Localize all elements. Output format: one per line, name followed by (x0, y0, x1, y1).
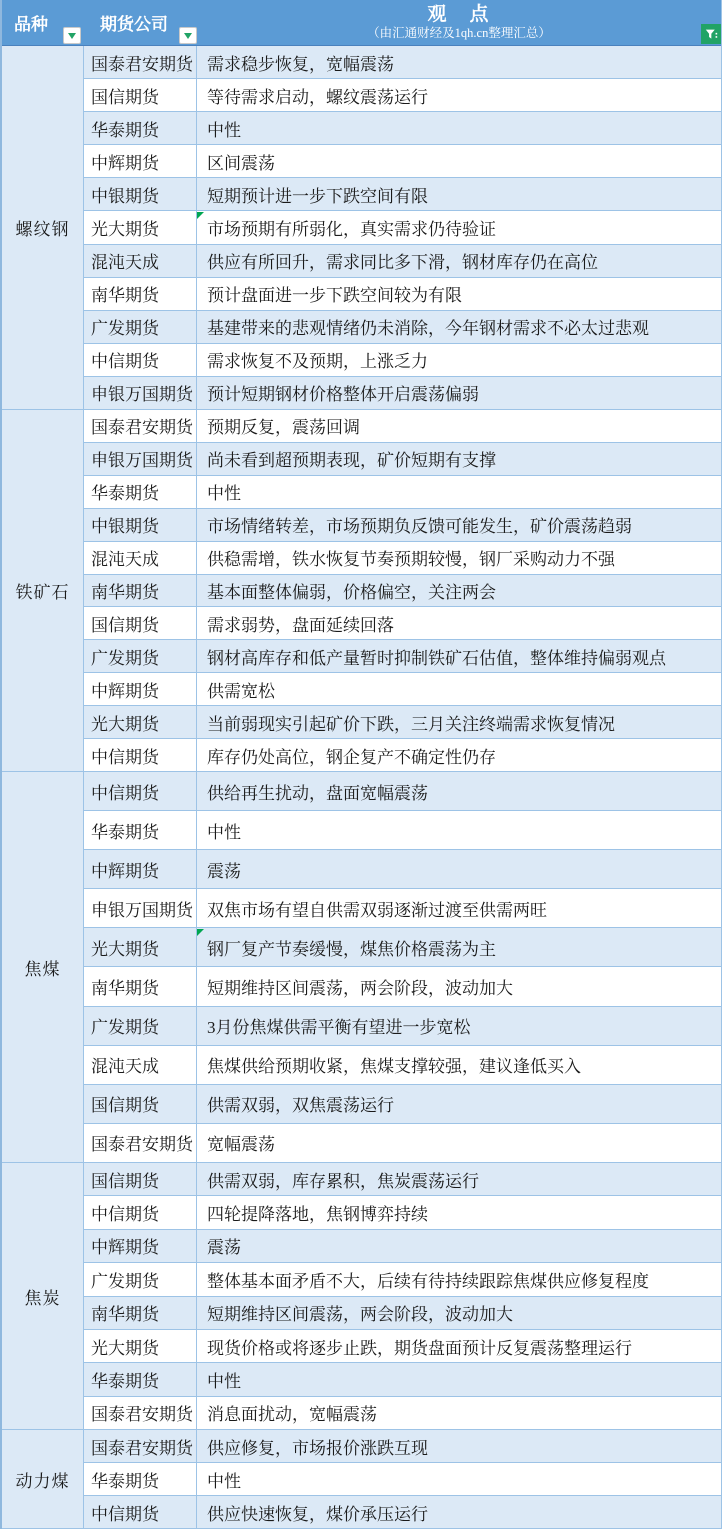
table-row: 中辉期货震荡 (84, 1230, 721, 1263)
company-cell[interactable]: 申银万国期货 (84, 443, 197, 475)
company-cell[interactable]: 国信期货 (84, 79, 197, 111)
view-cell[interactable]: 当前弱现实引起矿价下跌，三月关注终端需求恢复情况 (197, 706, 721, 738)
header-variety-label: 品种 (14, 10, 48, 35)
view-cell[interactable]: 市场预期有所弱化，真实需求仍待验证 (197, 211, 721, 243)
commodity-section: 铁矿石国泰君安期货预期反复，震荡回调申银万国期货尚未看到超预期表现，矿价短期有支… (2, 410, 721, 772)
view-cell[interactable]: 短期预计进一步下跌空间有限 (197, 178, 721, 210)
view-cell[interactable]: 宽幅震荡 (197, 1124, 721, 1162)
company-cell[interactable]: 华泰期货 (84, 811, 197, 849)
variety-cell[interactable]: 螺纹钢 (2, 46, 84, 409)
table-row: 混沌天成供稳需增，铁水恢复节奏预期较慢，钢厂采购动力不强 (84, 542, 721, 575)
view-cell[interactable]: 尚未看到超预期表现，矿价短期有支撑 (197, 443, 721, 475)
company-cell[interactable]: 混沌天成 (84, 542, 197, 574)
table-row: 华泰期货中性 (84, 1463, 721, 1496)
variety-cell[interactable]: 动力煤 (2, 1430, 84, 1528)
view-cell[interactable]: 中性 (197, 811, 721, 849)
commodity-section: 螺纹钢国泰君安期货需求稳步恢复，宽幅震荡国信期货等待需求启动，螺纹震荡运行华泰期… (2, 46, 721, 410)
view-cell[interactable]: 中性 (197, 1463, 721, 1495)
table-row: 中辉期货震荡 (84, 850, 721, 889)
company-cell[interactable]: 国泰君安期货 (84, 410, 197, 442)
view-cell[interactable]: 预计短期钢材价格整体开启震荡偏弱 (197, 377, 721, 409)
view-cell[interactable]: 钢材高库存和低产量暂时抑制铁矿石估值，整体维持偏弱观点 (197, 640, 721, 672)
variety-cell[interactable]: 焦炭 (2, 1163, 84, 1429)
opinion-table: 品种 期货公司 观 点 （由汇通财经及1qh.cn整理汇总） 螺纹钢国泰君安期货… (0, 0, 722, 1529)
company-cell[interactable]: 南华期货 (84, 575, 197, 607)
view-cell[interactable]: 整体基本面矛盾不大，后续有待持续跟踪焦煤供应修复程度 (197, 1263, 721, 1295)
view-cell[interactable]: 供需宽松 (197, 673, 721, 705)
view-cell[interactable]: 供应修复，市场报价涨跌互现 (197, 1430, 721, 1462)
variety-cell[interactable]: 铁矿石 (2, 410, 84, 771)
view-cell[interactable]: 市场情绪转差，市场预期负反馈可能发生，矿价震荡趋弱 (197, 509, 721, 541)
header-view-title: 观 点 (427, 4, 490, 26)
view-cell[interactable]: 现货价格或将逐步止跌，期货盘面预计反复震荡整理运行 (197, 1330, 721, 1362)
header-company-label: 期货公司 (100, 10, 168, 35)
table-row: 华泰期货中性 (84, 811, 721, 850)
company-cell[interactable]: 国信期货 (84, 1085, 197, 1123)
table-row: 广发期货钢材高库存和低产量暂时抑制铁矿石估值，整体维持偏弱观点 (84, 640, 721, 673)
table-row: 南华期货预计盘面进一步下跌空间较为有限 (84, 278, 721, 311)
view-cell[interactable]: 供给再生扰动，盘面宽幅震荡 (197, 772, 721, 810)
table-row: 南华期货短期维持区间震荡，两会阶段，波动加大 (84, 1297, 721, 1330)
table-row: 中信期货四轮提降落地，焦钢博弈持续 (84, 1196, 721, 1229)
table-row: 广发期货整体基本面矛盾不大，后续有待持续跟踪焦煤供应修复程度 (84, 1263, 721, 1296)
view-cell[interactable]: 预计盘面进一步下跌空间较为有限 (197, 278, 721, 310)
commodity-section: 动力煤国泰君安期货供应修复，市场报价涨跌互现华泰期货中性中信期货供应快速恢复，煤… (2, 1430, 721, 1529)
table-row: 国泰君安期货预期反复，震荡回调 (84, 410, 721, 443)
view-cell[interactable]: 区间震荡 (197, 145, 721, 177)
header-view-cell[interactable]: 观 点 （由汇通财经及1qh.cn整理汇总） (197, 0, 721, 45)
comment-marker-icon (197, 212, 204, 219)
company-cell[interactable]: 广发期货 (84, 1007, 197, 1045)
view-cell[interactable]: 库存仍处高位，钢企复产不确定性仍存 (197, 739, 721, 771)
table-row: 国泰君安期货需求稳步恢复，宽幅震荡 (84, 46, 721, 79)
table-row: 光大期货现货价格或将逐步止跌，期货盘面预计反复震荡整理运行 (84, 1330, 721, 1363)
table-row: 混沌天成焦煤供给预期收紧，焦煤支撑较强，建议逢低买入 (84, 1046, 721, 1085)
view-cell[interactable]: 中性 (197, 476, 721, 508)
view-cell[interactable]: 焦煤供给预期收紧，焦煤支撑较强，建议逢低买入 (197, 1046, 721, 1084)
table-row: 国泰君安期货消息面扰动，宽幅震荡 (84, 1397, 721, 1429)
company-cell[interactable]: 中银期货 (84, 178, 197, 210)
view-cell[interactable]: 短期维持区间震荡，两会阶段，波动加大 (197, 967, 721, 1005)
table-row: 南华期货基本面整体偏弱，价格偏空，关注两会 (84, 575, 721, 608)
view-cell[interactable]: 预期反复，震荡回调 (197, 410, 721, 442)
table-row: 混沌天成供应有所回升，需求同比多下滑，钢材库存仍在高位 (84, 245, 721, 278)
company-cell[interactable]: 华泰期货 (84, 112, 197, 144)
company-cell[interactable]: 光大期货 (84, 211, 197, 243)
company-cell[interactable]: 中辉期货 (84, 1230, 197, 1262)
company-cell[interactable]: 光大期货 (84, 706, 197, 738)
company-cell[interactable]: 中信期货 (84, 344, 197, 376)
company-cell[interactable]: 国泰君安期货 (84, 1430, 197, 1462)
company-cell[interactable]: 广发期货 (84, 640, 197, 672)
company-cell[interactable]: 申银万国期货 (84, 889, 197, 927)
view-cell[interactable]: 钢厂复产节奏缓慢，煤焦价格震荡为主 (197, 928, 721, 966)
company-cell[interactable]: 中信期货 (84, 739, 197, 771)
company-cell[interactable]: 申银万国期货 (84, 377, 197, 409)
company-cell[interactable]: 中信期货 (84, 772, 197, 810)
company-cell[interactable]: 混沌天成 (84, 245, 197, 277)
company-cell[interactable]: 国泰君安期货 (84, 46, 197, 78)
view-cell[interactable]: 双焦市场有望自供需双弱逐渐过渡至供需两旺 (197, 889, 721, 927)
table-row: 中信期货供应快速恢复，煤价承压运行 (84, 1496, 721, 1528)
table-row: 华泰期货中性 (84, 1363, 721, 1396)
view-cell[interactable]: 需求稳步恢复，宽幅震荡 (197, 46, 721, 78)
commodity-section: 焦煤中信期货供给再生扰动，盘面宽幅震荡华泰期货中性中辉期货震荡申银万国期货双焦市… (2, 772, 721, 1163)
view-cell[interactable]: 四轮提降落地，焦钢博弈持续 (197, 1196, 721, 1228)
table-row: 光大期货当前弱现实引起矿价下跌，三月关注终端需求恢复情况 (84, 706, 721, 739)
table-row: 南华期货短期维持区间震荡，两会阶段，波动加大 (84, 967, 721, 1006)
table-row: 光大期货市场预期有所弱化，真实需求仍待验证 (84, 211, 721, 244)
view-cell[interactable]: 基本面整体偏弱，价格偏空，关注两会 (197, 575, 721, 607)
company-cell[interactable]: 广发期货 (84, 311, 197, 343)
company-cell[interactable]: 光大期货 (84, 1330, 197, 1362)
view-cell[interactable]: 需求弱势，盘面延续回落 (197, 607, 721, 639)
comment-marker-icon (197, 929, 204, 936)
table-row: 国信期货等待需求启动，螺纹震荡运行 (84, 79, 721, 112)
table-row: 申银万国期货尚未看到超预期表现，矿价短期有支撑 (84, 443, 721, 476)
header-company-cell[interactable]: 期货公司 (84, 0, 197, 45)
view-cell[interactable]: 震荡 (197, 850, 721, 888)
view-cell[interactable]: 供应有所回升，需求同比多下滑，钢材库存仍在高位 (197, 245, 721, 277)
header-variety-cell[interactable]: 品种 (2, 0, 84, 45)
view-cell[interactable]: 短期维持区间震荡，两会阶段，波动加大 (197, 1297, 721, 1329)
company-cell[interactable]: 中银期货 (84, 509, 197, 541)
table-row: 中信期货库存仍处高位，钢企复产不确定性仍存 (84, 739, 721, 771)
table-row: 申银万国期货预计短期钢材价格整体开启震荡偏弱 (84, 377, 721, 409)
company-cell[interactable]: 国泰君安期货 (84, 1397, 197, 1429)
view-cell[interactable]: 基建带来的悲观情绪仍未消除，今年钢材需求不必太过悲观 (197, 311, 721, 343)
filter-applied-icon[interactable] (701, 24, 721, 44)
table-row: 国泰君安期货供应修复，市场报价涨跌互现 (84, 1430, 721, 1463)
commodity-section: 焦炭国信期货供需双弱，库存累积，焦炭震荡运行中信期货四轮提降落地，焦钢博弈持续中… (2, 1163, 721, 1430)
view-cell[interactable]: 3月份焦煤供需平衡有望进一步宽松 (197, 1007, 721, 1045)
table-row: 中辉期货区间震荡 (84, 145, 721, 178)
company-cell[interactable]: 混沌天成 (84, 1046, 197, 1084)
company-cell[interactable]: 华泰期货 (84, 476, 197, 508)
company-cell[interactable]: 中信期货 (84, 1496, 197, 1528)
table-row: 中银期货短期预计进一步下跌空间有限 (84, 178, 721, 211)
view-cell[interactable]: 震荡 (197, 1230, 721, 1262)
company-cell[interactable]: 国泰君安期货 (84, 1124, 197, 1162)
table-row: 中银期货市场情绪转差，市场预期负反馈可能发生，矿价震荡趋弱 (84, 509, 721, 542)
filter-dropdown-company[interactable] (179, 27, 197, 44)
variety-cell[interactable]: 焦煤 (2, 772, 84, 1162)
company-cell[interactable]: 中辉期货 (84, 673, 197, 705)
table-row: 中信期货供给再生扰动，盘面宽幅震荡 (84, 772, 721, 811)
view-cell[interactable]: 中性 (197, 1363, 721, 1395)
company-cell[interactable]: 中辉期货 (84, 850, 197, 888)
table-row: 中辉期货供需宽松 (84, 673, 721, 706)
chevron-down-icon (184, 33, 192, 39)
company-cell[interactable]: 中辉期货 (84, 145, 197, 177)
table-row: 华泰期货中性 (84, 476, 721, 509)
company-cell[interactable]: 国信期货 (84, 1163, 197, 1195)
company-cell[interactable]: 华泰期货 (84, 1363, 197, 1395)
table-header: 品种 期货公司 观 点 （由汇通财经及1qh.cn整理汇总） (2, 0, 721, 46)
view-cell[interactable]: 供需双弱，双焦震荡运行 (197, 1085, 721, 1123)
table-row: 申银万国期货双焦市场有望自供需双弱逐渐过渡至供需两旺 (84, 889, 721, 928)
table-row: 光大期货钢厂复产节奏缓慢，煤焦价格震荡为主 (84, 928, 721, 967)
company-cell[interactable]: 光大期货 (84, 928, 197, 966)
company-cell[interactable]: 华泰期货 (84, 1463, 197, 1495)
company-cell[interactable]: 南华期货 (84, 1297, 197, 1329)
table-row: 中信期货需求恢复不及预期，上涨乏力 (84, 344, 721, 377)
table-row: 国信期货供需双弱，双焦震荡运行 (84, 1085, 721, 1124)
chevron-down-icon (68, 33, 76, 39)
company-cell[interactable]: 广发期货 (84, 1263, 197, 1295)
table-row: 国信期货供需双弱，库存累积，焦炭震荡运行 (84, 1163, 721, 1196)
table-body: 螺纹钢国泰君安期货需求稳步恢复，宽幅震荡国信期货等待需求启动，螺纹震荡运行华泰期… (2, 46, 721, 1529)
company-cell[interactable]: 南华期货 (84, 967, 197, 1005)
header-view-subtitle: （由汇通财经及1qh.cn整理汇总） (367, 26, 551, 40)
view-cell[interactable]: 需求恢复不及预期，上涨乏力 (197, 344, 721, 376)
view-cell[interactable]: 中性 (197, 112, 721, 144)
view-cell[interactable]: 供需双弱，库存累积，焦炭震荡运行 (197, 1163, 721, 1195)
company-cell[interactable]: 南华期货 (84, 278, 197, 310)
table-row: 广发期货3月份焦煤供需平衡有望进一步宽松 (84, 1007, 721, 1046)
table-row: 华泰期货中性 (84, 112, 721, 145)
view-cell[interactable]: 供稳需增，铁水恢复节奏预期较慢，钢厂采购动力不强 (197, 542, 721, 574)
table-row: 国信期货需求弱势，盘面延续回落 (84, 607, 721, 640)
view-cell[interactable]: 供应快速恢复，煤价承压运行 (197, 1496, 721, 1528)
company-cell[interactable]: 国信期货 (84, 607, 197, 639)
table-row: 广发期货基建带来的悲观情绪仍未消除，今年钢材需求不必太过悲观 (84, 311, 721, 344)
company-cell[interactable]: 中信期货 (84, 1196, 197, 1228)
view-cell[interactable]: 消息面扰动，宽幅震荡 (197, 1397, 721, 1429)
table-row: 国泰君安期货宽幅震荡 (84, 1124, 721, 1162)
view-cell[interactable]: 等待需求启动，螺纹震荡运行 (197, 79, 721, 111)
filter-dropdown-variety[interactable] (63, 27, 81, 44)
